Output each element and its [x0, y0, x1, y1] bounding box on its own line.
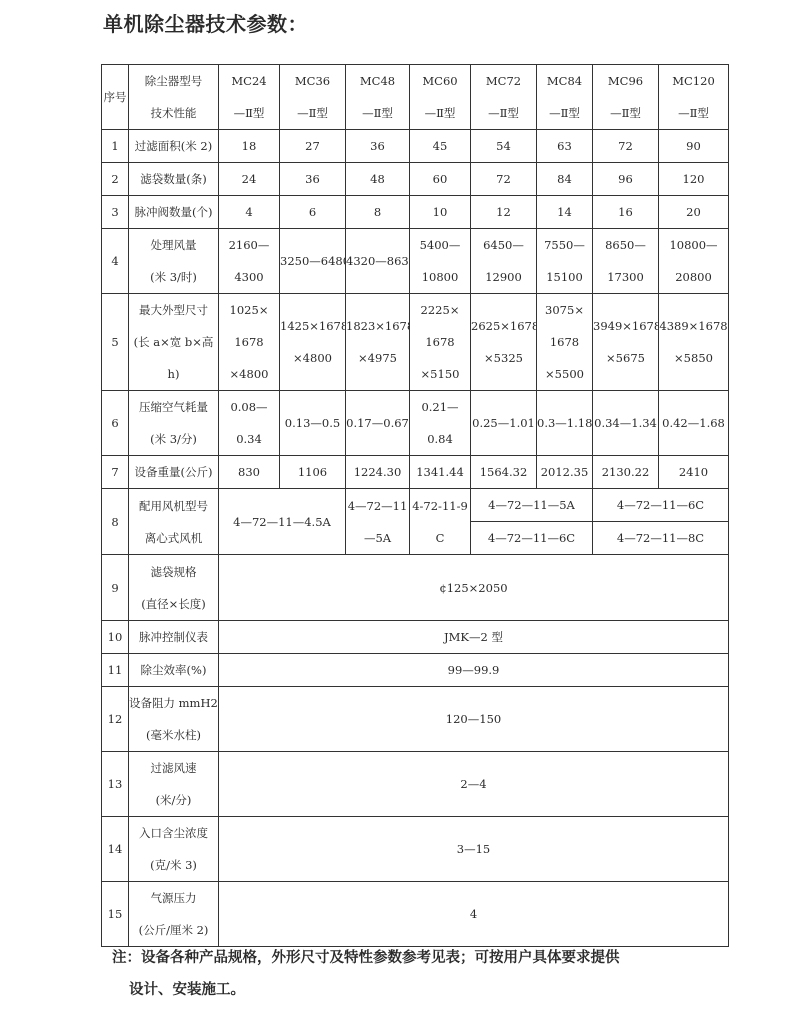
row-number: 4	[102, 229, 129, 294]
row-number: 7	[102, 456, 129, 489]
cell: 2160—4300	[219, 229, 280, 294]
row-label: 过滤风速(米/分)	[129, 752, 219, 817]
cell: 1823×1678×4975	[346, 294, 410, 391]
cell: 2130.22	[593, 456, 659, 489]
cell: 4	[219, 196, 280, 229]
cell: 60	[410, 163, 471, 196]
cell: 2625×1678×5325	[471, 294, 537, 391]
cell: 0.17—0.67	[346, 391, 410, 456]
cell: 96	[593, 163, 659, 196]
cell: 4—72—11—5A	[346, 489, 410, 555]
cell: 3949×1678×5675	[593, 294, 659, 391]
cell: 0.3—1.18	[537, 391, 593, 456]
cell: 8650—17300	[593, 229, 659, 294]
cell: 20	[659, 196, 729, 229]
page-title: 单机除尘器技术参数：	[103, 8, 308, 37]
cell: 1341.44	[410, 456, 471, 489]
header-model: MC36—Ⅱ型	[280, 65, 346, 130]
cell: 27	[280, 130, 346, 163]
cell: 7550—15100	[537, 229, 593, 294]
spec-table: 序号 除尘器型号 技术性能 MC24—Ⅱ型 MC36—Ⅱ型 MC48—Ⅱ型 MC…	[101, 64, 729, 947]
row-label: 过滤面积(米 2)	[129, 130, 219, 163]
cell: 4—72—11—4.5A	[219, 489, 346, 555]
cell: 120	[659, 163, 729, 196]
cell: 45	[410, 130, 471, 163]
cell: 63	[537, 130, 593, 163]
cell: 2—4	[219, 752, 729, 817]
header-model: MC84—Ⅱ型	[537, 65, 593, 130]
row-label: 脉冲阀数量(个)	[129, 196, 219, 229]
cell: JMK—2 型	[219, 621, 729, 654]
table-row: 9 滤袋规格(直径×长度) ¢125×2050	[102, 555, 729, 621]
row-number: 2	[102, 163, 129, 196]
row-label: 入口含尘浓度(克/米 3)	[129, 817, 219, 882]
cell: 6	[280, 196, 346, 229]
cell: 6450—12900	[471, 229, 537, 294]
cell: 3075×1678×5500	[537, 294, 593, 391]
table-row: 11 除尘效率(%) 99—99.9	[102, 654, 729, 687]
table-row: 8 配用风机型号离心式风机 4—72—11—4.5A 4—72—11—5A 4-…	[102, 489, 729, 522]
header-model: MC24—Ⅱ型	[219, 65, 280, 130]
header-model: MC96—Ⅱ型	[593, 65, 659, 130]
row-label: 设备重量(公斤)	[129, 456, 219, 489]
table-row: 3 脉冲阀数量(个) 4 6 8 10 12 14 16 20	[102, 196, 729, 229]
cell: 4—72—11—6C	[471, 522, 593, 555]
table-row: 14 入口含尘浓度(克/米 3) 3—15	[102, 817, 729, 882]
row-label: 脉冲控制仪表	[129, 621, 219, 654]
row-number: 11	[102, 654, 129, 687]
header-model: MC72—Ⅱ型	[471, 65, 537, 130]
cell: 3—15	[219, 817, 729, 882]
cell: 1106	[280, 456, 346, 489]
header-model: MC60—Ⅱ型	[410, 65, 471, 130]
footnote-line-2: 设计、安装施工。	[112, 974, 620, 1006]
row-number: 12	[102, 687, 129, 752]
cell: 1425×1678×4800	[280, 294, 346, 391]
cell: 0.08—0.34	[219, 391, 280, 456]
cell: 4-72-11-9C	[410, 489, 471, 555]
header-model: MC48—Ⅱ型	[346, 65, 410, 130]
table-row: 12 设备阻力 mmH20(毫米水柱) 120—150	[102, 687, 729, 752]
header-model: MC120—Ⅱ型	[659, 65, 729, 130]
row-number: 13	[102, 752, 129, 817]
cell: 84	[537, 163, 593, 196]
cell: 10	[410, 196, 471, 229]
cell: 72	[471, 163, 537, 196]
cell: 4	[219, 882, 729, 947]
row-label: 气源压力(公斤/厘米 2)	[129, 882, 219, 947]
table-row: 5 最大外型尺寸(长 a×宽 b×高h) 1025×1678×4800 1425…	[102, 294, 729, 391]
row-number: 6	[102, 391, 129, 456]
cell: 0.13—0.5	[280, 391, 346, 456]
cell: 0.34—1.34	[593, 391, 659, 456]
cell: 1224.30	[346, 456, 410, 489]
row-label: 滤袋规格(直径×长度)	[129, 555, 219, 621]
table-row: 2 滤袋数量(条) 24 36 48 60 72 84 96 120	[102, 163, 729, 196]
row-label: 设备阻力 mmH20(毫米水柱)	[129, 687, 219, 752]
cell: 0.25—1.01	[471, 391, 537, 456]
table-row: 13 过滤风速(米/分) 2—4	[102, 752, 729, 817]
row-label: 处理风量(米 3/时)	[129, 229, 219, 294]
row-label: 滤袋数量(条)	[129, 163, 219, 196]
cell: 14	[537, 196, 593, 229]
cell: 4389×1678×5850	[659, 294, 729, 391]
cell: 10800—20800	[659, 229, 729, 294]
cell: 54	[471, 130, 537, 163]
cell: 24	[219, 163, 280, 196]
row-label: 最大外型尺寸(长 a×宽 b×高h)	[129, 294, 219, 391]
cell: 4320—8630	[346, 229, 410, 294]
cell: 1564.32	[471, 456, 537, 489]
row-number: 8	[102, 489, 129, 555]
table-row: 6 压缩空气耗量(米 3/分) 0.08—0.34 0.13—0.5 0.17—…	[102, 391, 729, 456]
cell: 3250—6480	[280, 229, 346, 294]
cell: 36	[346, 130, 410, 163]
row-number: 5	[102, 294, 129, 391]
cell: 99—99.9	[219, 654, 729, 687]
cell: 12	[471, 196, 537, 229]
cell: 18	[219, 130, 280, 163]
row-label: 压缩空气耗量(米 3/分)	[129, 391, 219, 456]
cell: 4—72—11—5A	[471, 489, 593, 522]
footnote-line-1: 注：设备各种产品规格，外形尺寸及特性参数参考见表；可按用户具体要求提供	[112, 950, 620, 966]
table-row: 15 气源压力(公斤/厘米 2) 4	[102, 882, 729, 947]
cell: 2225×1678×5150	[410, 294, 471, 391]
cell: 48	[346, 163, 410, 196]
cell: 2012.35	[537, 456, 593, 489]
cell: 120—150	[219, 687, 729, 752]
header-row: 序号 除尘器型号 技术性能 MC24—Ⅱ型 MC36—Ⅱ型 MC48—Ⅱ型 MC…	[102, 65, 729, 130]
row-label: 除尘效率(%)	[129, 654, 219, 687]
header-seq: 序号	[102, 65, 129, 130]
row-number: 14	[102, 817, 129, 882]
row-number: 10	[102, 621, 129, 654]
cell: 5400—10800	[410, 229, 471, 294]
cell: 2410	[659, 456, 729, 489]
table-row: 4 处理风量(米 3/时) 2160—4300 3250—6480 4320—8…	[102, 229, 729, 294]
cell: 16	[593, 196, 659, 229]
row-number: 9	[102, 555, 129, 621]
cell: 36	[280, 163, 346, 196]
cell: ¢125×2050	[219, 555, 729, 621]
cell: 8	[346, 196, 410, 229]
row-label: 配用风机型号离心式风机	[129, 489, 219, 555]
cell: 72	[593, 130, 659, 163]
cell: 830	[219, 456, 280, 489]
header-param: 除尘器型号 技术性能	[129, 65, 219, 130]
table-row: 10 脉冲控制仪表 JMK—2 型	[102, 621, 729, 654]
cell: 4—72—11—6C	[593, 489, 729, 522]
cell: 4—72—11—8C	[593, 522, 729, 555]
cell: 0.42—1.68	[659, 391, 729, 456]
footnote: 注：设备各种产品规格，外形尺寸及特性参数参考见表；可按用户具体要求提供 设计、安…	[112, 942, 620, 1006]
row-number: 15	[102, 882, 129, 947]
cell: 0.21—0.84	[410, 391, 471, 456]
row-number: 1	[102, 130, 129, 163]
row-number: 3	[102, 196, 129, 229]
cell: 90	[659, 130, 729, 163]
table-row: 7 设备重量(公斤) 830 1106 1224.30 1341.44 1564…	[102, 456, 729, 489]
cell: 1025×1678×4800	[219, 294, 280, 391]
table-row: 1 过滤面积(米 2) 18 27 36 45 54 63 72 90	[102, 130, 729, 163]
